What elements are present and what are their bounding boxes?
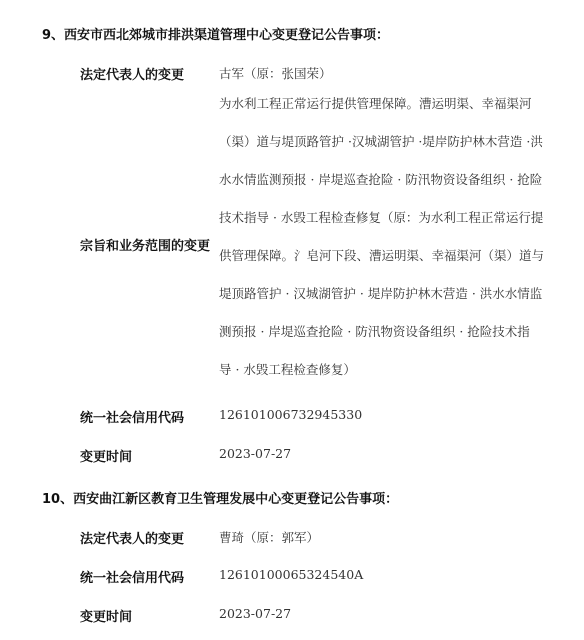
section-10-change-time-label: 变更时间 xyxy=(80,606,132,625)
purpose-line: 测预报 · 岸堤巡查抢险 · 防汛物资设备组织 · 抢险技术指 xyxy=(219,323,549,361)
purpose-line: 技术指导 · 水毁工程检查修复（原：为水利工程正常运行提 xyxy=(219,209,549,247)
section-9-purpose-scope-value: 为水利工程正常运行提供管理保障。漕运明渠、幸福渠河 （渠）道与堤顶路管护 ·汉城… xyxy=(219,95,549,399)
section-9-purpose-scope-label: 宗旨和业务范围的变更 xyxy=(80,235,210,254)
section-10-change-time-value: 2023-07-27 xyxy=(219,606,291,621)
purpose-line: 为水利工程正常运行提供管理保障。漕运明渠、幸福渠河 xyxy=(219,95,549,133)
purpose-line: （渠）道与堤顶路管护 ·汉城湖管护 ·堤岸防护林木营造 ·洪 xyxy=(219,133,549,171)
section-10-credit-code-value: 12610100065324540A xyxy=(219,567,363,582)
purpose-line: 供管理保障。氵皂河下段、漕运明渠、幸福渠河（渠）道与 xyxy=(219,247,549,285)
section-9-change-time-value: 2023-07-27 xyxy=(219,446,291,461)
section-9-heading: 9、西安市西北郊城市排洪渠道管理中心变更登记公告事项： xyxy=(42,24,389,43)
section-9-legal-rep-value: 古军（原：张国荣） xyxy=(219,64,332,82)
section-10-legal-rep-value: 曹琦（原：郭军） xyxy=(219,528,319,546)
purpose-line: 堤顶路管护 · 汉城湖管护 · 堤岸防护林木营造 · 洪水水情监 xyxy=(219,285,549,323)
section-9-credit-code-label: 统一社会信用代码 xyxy=(80,407,184,426)
section-9-change-time-label: 变更时间 xyxy=(80,446,132,465)
purpose-line: 导 · 水毁工程检查修复） xyxy=(219,361,549,399)
section-10-legal-rep-label: 法定代表人的变更 xyxy=(80,528,184,547)
section-10-credit-code-label: 统一社会信用代码 xyxy=(80,567,184,586)
purpose-line: 水水情监测预报 · 岸堤巡查抢险 · 防汛物资设备组织 · 抢险 xyxy=(219,171,549,209)
section-9-credit-code-value: 126101006732945330 xyxy=(219,407,362,422)
section-10-heading: 10、西安曲江新区教育卫生管理发展中心变更登记公告事项： xyxy=(42,488,398,507)
section-9-legal-rep-label: 法定代表人的变更 xyxy=(80,64,184,83)
